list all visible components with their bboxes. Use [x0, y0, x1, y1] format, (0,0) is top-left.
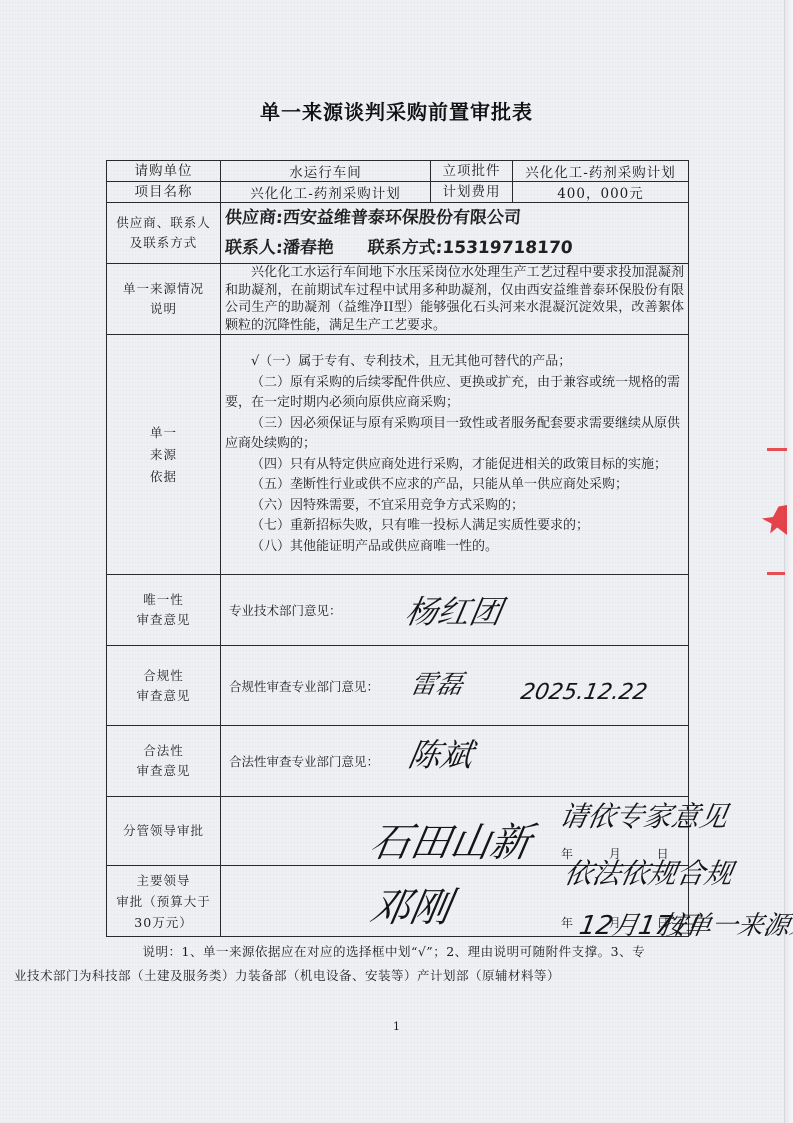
contact-person-handwritten: 联系人:潘春艳	[224, 238, 334, 258]
red-seal-star-icon	[759, 505, 787, 535]
legality-review-cell: 合法性审查专业部门意见： 陈斌	[221, 726, 689, 797]
project-approval-value: 兴化化工-药剂采购计划	[513, 161, 689, 182]
main-leader-signature: 邓刚	[366, 876, 456, 933]
uniqueness-review-cell: 专业技术部门意见： 杨红团	[221, 575, 689, 646]
supervising-leader-row: 分管领导审批 石田山新 年 月 日	[107, 797, 689, 866]
supplier-label-line1: 供应商、联系人	[111, 213, 216, 233]
compliance-review-label: 合规性 审查意见	[107, 646, 221, 726]
project-name-row: 项目名称 兴化化工-药剂采购计划 计划费用 400，000元	[107, 182, 689, 203]
supplier-contact-handwritten: 联系人:潘春艳 联系方式:15319718170	[224, 233, 685, 263]
requesting-unit-value: 水运行车间	[221, 161, 431, 182]
legality-review-row: 合法性 审查意见 合法性审查专业部门意见： 陈斌	[107, 726, 689, 797]
description-label-line2: 说明	[111, 299, 216, 319]
supplier-name-handwritten: 供应商:西安益维普泰环保股份有限公司	[224, 203, 685, 233]
approval-form-table: 请购单位 水运行车间 立项批件 兴化化工-药剂采购计划 项目名称 兴化化工-药剂…	[106, 160, 689, 937]
compliance-review-cell: 合规性审查专业部门意见： 雷磊 2025.12.22	[221, 646, 689, 726]
uniqueness-review-row: 唯一性 审查意见 专业技术部门意见： 杨红团	[107, 575, 689, 646]
uniqueness-review-prompt: 专业技术部门意见：	[225, 603, 342, 618]
basis-item-4[interactable]: （四）只有从特定供应商处进行采购，才能促进相关的政策目标的实施；	[225, 455, 684, 476]
supervising-leader-signature: 石田山新	[366, 811, 536, 868]
legality-signature: 陈斌	[405, 730, 477, 776]
supplier-value: 供应商:西安益维普泰环保股份有限公司 联系人:潘春艳 联系方式:15319718…	[221, 203, 689, 264]
basis-item-3[interactable]: （三）因必须保证与原有采购项目一致性或者服务配套要求需要继续从原供应商处续购的；	[225, 414, 684, 455]
basis-item-2[interactable]: （二）原有采购的后续零配件供应、更换或扩充，由于兼容或统一规格的需要，在一定时期…	[225, 373, 684, 414]
legality-review-label: 合法性 审查意见	[107, 726, 221, 797]
project-name-value: 兴化化工-药剂采购计划	[221, 182, 431, 203]
uniqueness-signature: 杨红团	[402, 587, 506, 633]
seal-fragment-bottom	[767, 572, 785, 575]
compliance-review-prompt: 合规性审查专业部门意见：	[225, 679, 379, 694]
project-name-label: 项目名称	[107, 182, 221, 203]
seal-fragment-top	[767, 448, 787, 451]
main-leader-row: 主要领导 审批（预算大于 30万元） 邓刚 年 月 日	[107, 866, 689, 937]
supervising-leader-cell: 石田山新 年 月 日	[221, 797, 689, 866]
footnote-line1: 说明：1、单一来源依据应在对应的选择框中划“√”；2、理由说明可随附件支撑。3、…	[143, 944, 646, 959]
main-leader-label: 主要领导 审批（预算大于 30万元）	[107, 866, 221, 937]
basis-item-5[interactable]: （五）垄断性行业或供不应求的产品，只能从单一供应商处采购；	[225, 475, 684, 496]
sole-source-basis-list: √（一）属于专有、专利技术，且无其他可替代的产品； （二）原有采购的后续零配件供…	[221, 335, 689, 575]
page-number: 1	[0, 1020, 793, 1033]
sole-source-description-label: 单一来源情况 说明	[107, 264, 221, 335]
main-leader-cell: 邓刚 年 月 日	[221, 866, 689, 937]
description-label-line1: 单一来源情况	[111, 279, 216, 299]
basis-item-8[interactable]: （八）其他能证明产品或供应商唯一性的。	[225, 537, 684, 558]
requesting-unit-label: 请购单位	[107, 161, 221, 182]
basis-item-1[interactable]: √（一）属于专有、专利技术，且无其他可替代的产品；	[225, 352, 684, 373]
sole-source-basis-label: 单一 来源 依据	[107, 335, 221, 575]
supplier-label: 供应商、联系人 及联系方式	[107, 203, 221, 264]
uniqueness-review-label: 唯一性 审查意见	[107, 575, 221, 646]
contact-method-handwritten: 联系方式:15319718170	[367, 238, 573, 258]
project-approval-label: 立项批件	[431, 161, 513, 182]
compliance-signature: 雷磊	[408, 664, 467, 701]
basis-item-7[interactable]: （七）重新招标失败，只有唯一投标人满足实质性要求的；	[225, 516, 684, 537]
supplier-row: 供应商、联系人 及联系方式 供应商:西安益维普泰环保股份有限公司 联系人:潘春艳…	[107, 203, 689, 264]
scan-edge	[784, 0, 793, 1123]
legality-review-prompt: 合法性审查专业部门意见：	[225, 754, 379, 769]
sole-source-description-text: 兴化化工水运行车间地下水压采岗位水处理生产工艺过程中要求投加混凝剂和助凝剂，在前…	[221, 264, 689, 335]
footnote-line2: 业技术部门为科技部（土建及服务类）力装备部（机电设备、安装等）产计划部（原辅材料…	[14, 964, 710, 988]
supplier-label-line2: 及联系方式	[111, 233, 216, 253]
compliance-review-row: 合规性 审查意见 合规性审查专业部门意见： 雷磊 2025.12.22	[107, 646, 689, 726]
planned-cost-value: 400，000元	[513, 182, 689, 203]
sole-source-basis-row: 单一 来源 依据 √（一）属于专有、专利技术，且无其他可替代的产品； （二）原有…	[107, 335, 689, 575]
main-date-labels: 年 月 日	[561, 914, 685, 931]
basis-item-6[interactable]: （六）因特殊需要，不宜采用竞争方式采购的；	[225, 496, 684, 517]
planned-cost-label: 计划费用	[431, 182, 513, 203]
compliance-date-handwritten: 2025.12.22	[519, 680, 649, 705]
document-title: 单一来源谈判采购前置审批表	[0, 96, 793, 125]
requesting-unit-row: 请购单位 水运行车间 立项批件 兴化化工-药剂采购计划	[107, 161, 689, 182]
footnote: 说明：1、单一来源依据应在对应的选择框中划“√”；2、理由说明可随附件支撑。3、…	[110, 940, 710, 988]
supervising-date-labels: 年 月 日	[561, 845, 685, 862]
sole-source-description-row: 单一来源情况 说明 兴化化工水运行车间地下水压采岗位水处理生产工艺过程中要求投加…	[107, 264, 689, 335]
supervising-leader-label: 分管领导审批	[107, 797, 221, 866]
